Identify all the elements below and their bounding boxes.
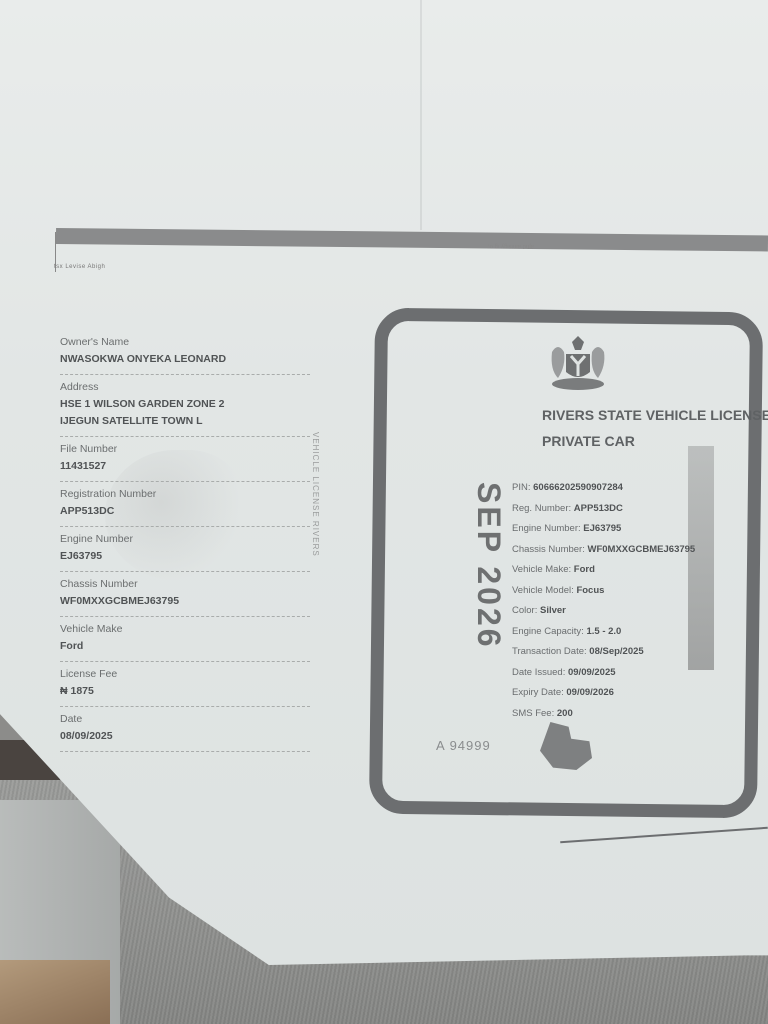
field-registration-number: Registration Number APP513DC [60, 488, 310, 527]
detail-value: 1.5 - 2.0 [586, 626, 621, 637]
field-label: Address [60, 381, 310, 393]
detail-label: PIN: [512, 482, 530, 493]
field-owner-name: Owner's Name NWASOKWA ONYEKA LEONARD [60, 336, 310, 375]
detail-expiry-date: Expiry Date: 09/09/2026 [512, 687, 695, 708]
field-date: Date 08/09/2025 [60, 713, 310, 752]
detail-label: Expiry Date: [512, 687, 564, 698]
detail-label: Vehicle Model: [512, 585, 574, 596]
detail-sms-fee: SMS Fee: 200 [512, 708, 695, 729]
header-small-text: tsx Levise Abigh [54, 264, 105, 270]
detail-label: Vehicle Make: [512, 564, 571, 575]
detail-engine-capacity: Engine Capacity: 1.5 - 2.0 [512, 626, 695, 647]
tan-object [0, 960, 110, 1024]
field-vehicle-make: Vehicle Make Ford [60, 623, 310, 662]
detail-value: Ford [574, 564, 595, 575]
field-label: Vehicle Make [60, 623, 310, 635]
field-value: WF0MXXGCBMEJ63795 [60, 593, 310, 610]
detail-label: Chassis Number: [512, 544, 585, 555]
field-value: ₦ 1875 [60, 683, 310, 700]
field-file-number: File Number 11431527 [60, 443, 310, 482]
detail-value: 200 [557, 708, 573, 719]
detail-label: Reg. Number: [512, 503, 571, 514]
owner-details-form: Owner's Name NWASOKWA ONYEKA LEONARD Add… [60, 330, 310, 756]
licence-title: RIVERS STATE VEHICLE LICENSE PRIVATE CAR [542, 402, 768, 454]
field-value: HSE 1 WILSON GARDEN ZONE 2 IJEGUN SATELL… [60, 396, 310, 430]
field-label: Engine Number [60, 533, 310, 545]
detail-chassis-number: Chassis Number: WF0MXXGCBMEJ63795 [512, 544, 695, 565]
detail-value: 08/Sep/2025 [589, 646, 643, 657]
detail-date-issued: Date Issued: 09/09/2025 [512, 667, 695, 688]
detail-label: Date Issued: [512, 667, 565, 678]
detail-value: EJ63795 [583, 523, 621, 534]
detail-engine-number: Engine Number: EJ63795 [512, 523, 695, 544]
paper-crease [420, 0, 422, 230]
field-value: 08/09/2025 [60, 728, 310, 745]
field-label: Owner's Name [60, 336, 310, 348]
field-label: Date [60, 713, 310, 725]
detail-transaction-date: Transaction Date: 08/Sep/2025 [512, 646, 695, 667]
detail-value: 09/09/2026 [566, 687, 614, 698]
field-label: License Fee [60, 668, 310, 680]
detail-value: WF0MXXGCBMEJ63795 [588, 544, 696, 555]
field-address: Address HSE 1 WILSON GARDEN ZONE 2 IJEGU… [60, 381, 310, 437]
detail-value: 60666202590907284 [533, 482, 623, 493]
expiry-stamp: SEP 2026 [470, 482, 507, 650]
field-value: EJ63795 [60, 548, 310, 565]
field-engine-number: Engine Number EJ63795 [60, 533, 310, 572]
detail-label: Transaction Date: [512, 646, 587, 657]
detail-pin: PIN: 60666202590907284 [512, 482, 695, 503]
nigeria-coat-of-arms-icon [544, 334, 612, 392]
licence-details: PIN: 60666202590907284 Reg. Number: APP5… [512, 482, 695, 728]
field-value: Ford [60, 638, 310, 655]
licence-title-line2: PRIVATE CAR [542, 428, 768, 454]
detail-label: SMS Fee: [512, 708, 554, 719]
vertical-watermark-text: VEHICLE LICENSE RIVERS [300, 432, 320, 612]
field-value: 11431527 [60, 458, 310, 475]
detail-vehicle-make: Vehicle Make: Ford [512, 564, 695, 585]
field-label: Registration Number [60, 488, 310, 500]
serial-number: A 94999 [436, 738, 491, 753]
licence-title-line1: RIVERS STATE VEHICLE LICENSE [542, 402, 768, 428]
field-chassis-number: Chassis Number WF0MXXGCBMEJ63795 [60, 578, 310, 617]
field-license-fee: License Fee ₦ 1875 [60, 668, 310, 707]
detail-value: APP513DC [574, 503, 623, 514]
detail-label: Engine Number: [512, 523, 581, 534]
detail-value: 09/09/2025 [568, 667, 616, 678]
field-label: File Number [60, 443, 310, 455]
field-value: APP513DC [60, 503, 310, 520]
field-value: NWASOKWA ONYEKA LEONARD [60, 351, 310, 368]
detail-value: Focus [576, 585, 604, 596]
header-small-text-inverted: ajhd ainisigy ig o, [488, 243, 534, 249]
detail-value: Silver [540, 605, 566, 616]
detail-label: Engine Capacity: [512, 626, 584, 637]
detail-vehicle-model: Vehicle Model: Focus [512, 585, 695, 606]
field-label: Chassis Number [60, 578, 310, 590]
detail-label: Color: [512, 605, 537, 616]
detail-reg-number: Reg. Number: APP513DC [512, 503, 695, 524]
detail-color: Color: Silver [512, 605, 695, 626]
